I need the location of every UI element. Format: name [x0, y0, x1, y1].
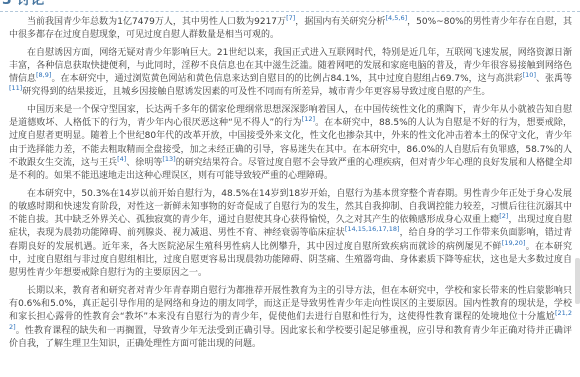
citation-link[interactable]: [12]	[302, 115, 315, 123]
citation-link[interactable]: [10]	[523, 71, 536, 79]
paragraph-text: 、徐明等	[126, 158, 162, 168]
section-heading: 3 讨论	[2, 0, 580, 9]
paragraph: 在自慰诱因方面，网络无疑对青少年影响巨大。21世纪以来，我国正式进入互联网时代，…	[9, 47, 572, 100]
paragraph-text: 当前我国青少年总数为1亿7479万人，其中男性人口数为9217万	[27, 17, 286, 27]
citation-link[interactable]: [19,20]	[502, 239, 526, 247]
paragraph-text: 。性教育课程的缺失和一再搁置，导致青少年无法受到正确引导。因此家长和学校要引起足…	[9, 326, 572, 349]
paragraph-text: ，据国内有关研究分析	[295, 17, 385, 27]
citation-link[interactable]: [8,9]	[36, 71, 51, 79]
paragraph: 中国历来是一个保守型国家，长达两千多年的儒家伦理纲常思想深深影响着国人，在中国传…	[9, 104, 572, 184]
scrollbar-thumb[interactable]	[575, 258, 580, 304]
citation-link[interactable]: [7]	[286, 14, 295, 22]
paragraph: 当前我国青少年总数为1亿7479万人，其中男性人口数为9217万[7]，据国内有…	[9, 16, 572, 43]
article-body: 当前我国青少年总数为1亿7479万人，其中男性人口数为9217万[7]，据国内有…	[0, 12, 580, 351]
page: { "colors": { "background": "#ffffff", "…	[0, 0, 580, 377]
paragraph: 在本研究中，50.3%在14岁以前开始自慰行为，48.5%在14岁到18岁开始，…	[9, 188, 572, 281]
citation-link[interactable]: [4]	[117, 155, 126, 163]
citation-link[interactable]: [4,5,6]	[386, 14, 408, 22]
paragraph-text: 在本研究中，50.3%在14岁以前开始自慰行为，48.5%在14岁到18岁开始，…	[9, 189, 572, 226]
paragraph-text: 长期以来，教育者和研究者对青少年青春期自慰行为都推荐开展性教育为主的引导方法，但…	[9, 286, 572, 323]
citation-link[interactable]: [11]	[9, 84, 22, 92]
paragraph-text: 、张禹等	[536, 74, 572, 84]
section-header: 3 讨论	[0, 0, 580, 12]
citation-link[interactable]: [14,15,16,17,18]	[345, 225, 400, 233]
paragraph-text: 研究得到的结果接近，且城乡因接触自慰诱发因素的可及性不同而有所差异，城市青少年更…	[22, 87, 490, 97]
paragraph-text: 。在本研究中，通过浏览黄色网站和黄色信息来达到自慰目的的比例占84.1%，其中过…	[51, 74, 522, 84]
citation-link[interactable]: [13]	[162, 155, 175, 163]
paragraph: 长期以来，教育者和研究者对青少年青春期自慰行为都推荐开展性教育为主的引导方法，但…	[9, 285, 572, 351]
